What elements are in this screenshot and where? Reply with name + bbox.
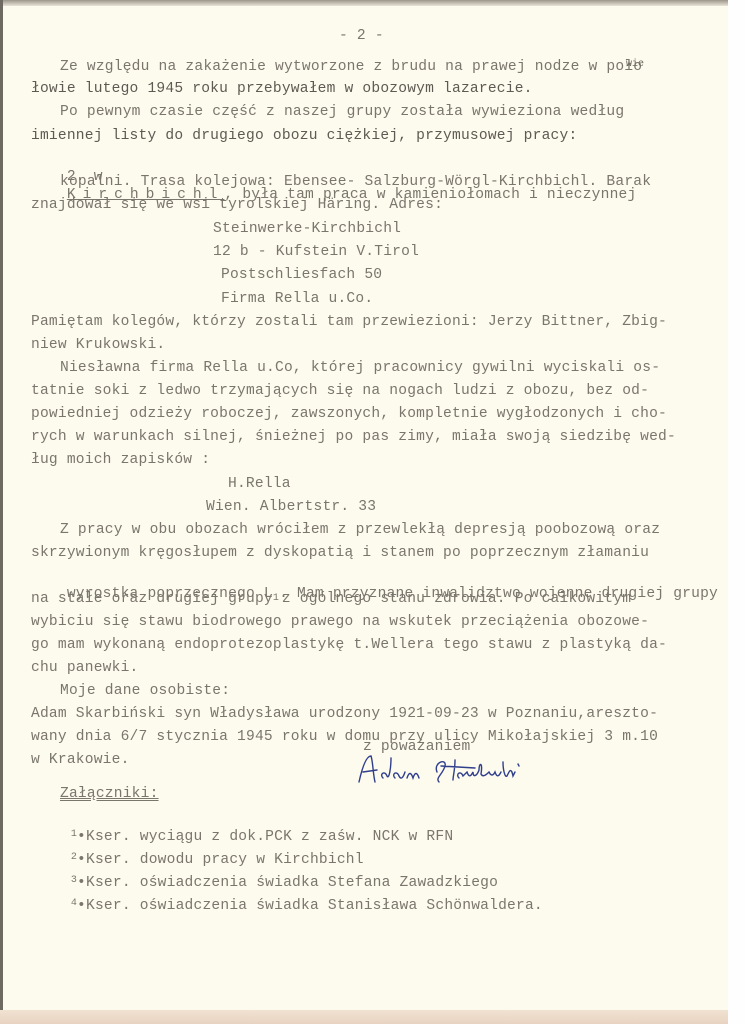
attachment-number: 4 [71, 898, 77, 909]
text-line: wybiciu się stawu biodrowego prawego na … [31, 613, 649, 631]
text-line: tatnie soki z ledwo trzymających się na … [31, 382, 649, 400]
address-line: Wien. Albertstr. 33 [206, 498, 376, 516]
text-line: Ze względu na zakażenie wytworzone z bru… [60, 58, 642, 76]
text-line: Z pracy w obu obozach wróciłem z przewle… [60, 521, 660, 539]
text-line: na stałe oraz drugiej grupy z ogólnego s… [31, 590, 631, 608]
handwritten-signature [355, 752, 575, 788]
page-top-edge [3, 0, 731, 6]
text-line: Adam Skarbiński syn Władysława urodzony … [31, 705, 658, 723]
text-line: łowie lutego 1945 roku przebywałem w obo… [31, 80, 533, 98]
address-line: H.Rella [228, 475, 291, 493]
text-line: Moje dane osobiste: [60, 682, 230, 700]
text-line: ług moich zapisków : [31, 451, 210, 469]
text-line: chu panewki. [31, 659, 139, 677]
text-line: w Krakowie. [31, 751, 130, 769]
text-line: niew Krukowski. [31, 336, 165, 354]
text-line: Niesławna firma Rella u.Co, której praco… [60, 359, 660, 377]
attachment-text: Kser. oświadczenia świadka Stanisława Sc… [86, 898, 543, 914]
text-line: imiennej listy do drugiego obozu ciężkie… [31, 127, 577, 145]
address-line: 12 b - Kufstein V.Tirol [213, 243, 419, 261]
attachment-item: 4•Kser. oświadczenia świadka Stanisława … [35, 877, 543, 933]
text-line: wany dnia 6/7 stycznia 1945 roku w domu … [31, 728, 658, 746]
text-line: Po pewnym czasie część z naszej grupy zo… [60, 103, 624, 121]
address-line: Steinwerke-Kirchbichl [213, 220, 401, 238]
page-number: - 2 - [339, 27, 384, 45]
text-line: Pamiętam kolegów, którzy zostali tam prz… [31, 313, 667, 331]
scan-margin-bottom [0, 1010, 728, 1024]
text-line: rych w warunkach silnej, śnieżnej po pas… [31, 428, 676, 446]
address-line: Postschliesfach 50 [221, 266, 382, 284]
document-page: - 2 - Ze względu na zakażenie wytworzone… [0, 0, 728, 1010]
text-line: znajdował się we wsi tyrolskiej Häring. … [31, 196, 443, 214]
scan-margin-right [728, 0, 745, 1024]
strikeover-text: wie [626, 59, 644, 70]
attachments-heading: Załączniki: [60, 785, 159, 803]
text-line: go mam wykonaną endoprotezoplastykę t.We… [31, 636, 667, 654]
address-line: Firma Rella u.Co. [221, 290, 373, 308]
text-line: powiedniej odzieży roboczej, zawszonych,… [31, 405, 667, 423]
text-line: skrzywionym kręgosłupem z dyskopatią i s… [31, 544, 649, 562]
text-line: kopalni. Trasa kolejowa: Ebensee- Salzbu… [60, 173, 651, 191]
